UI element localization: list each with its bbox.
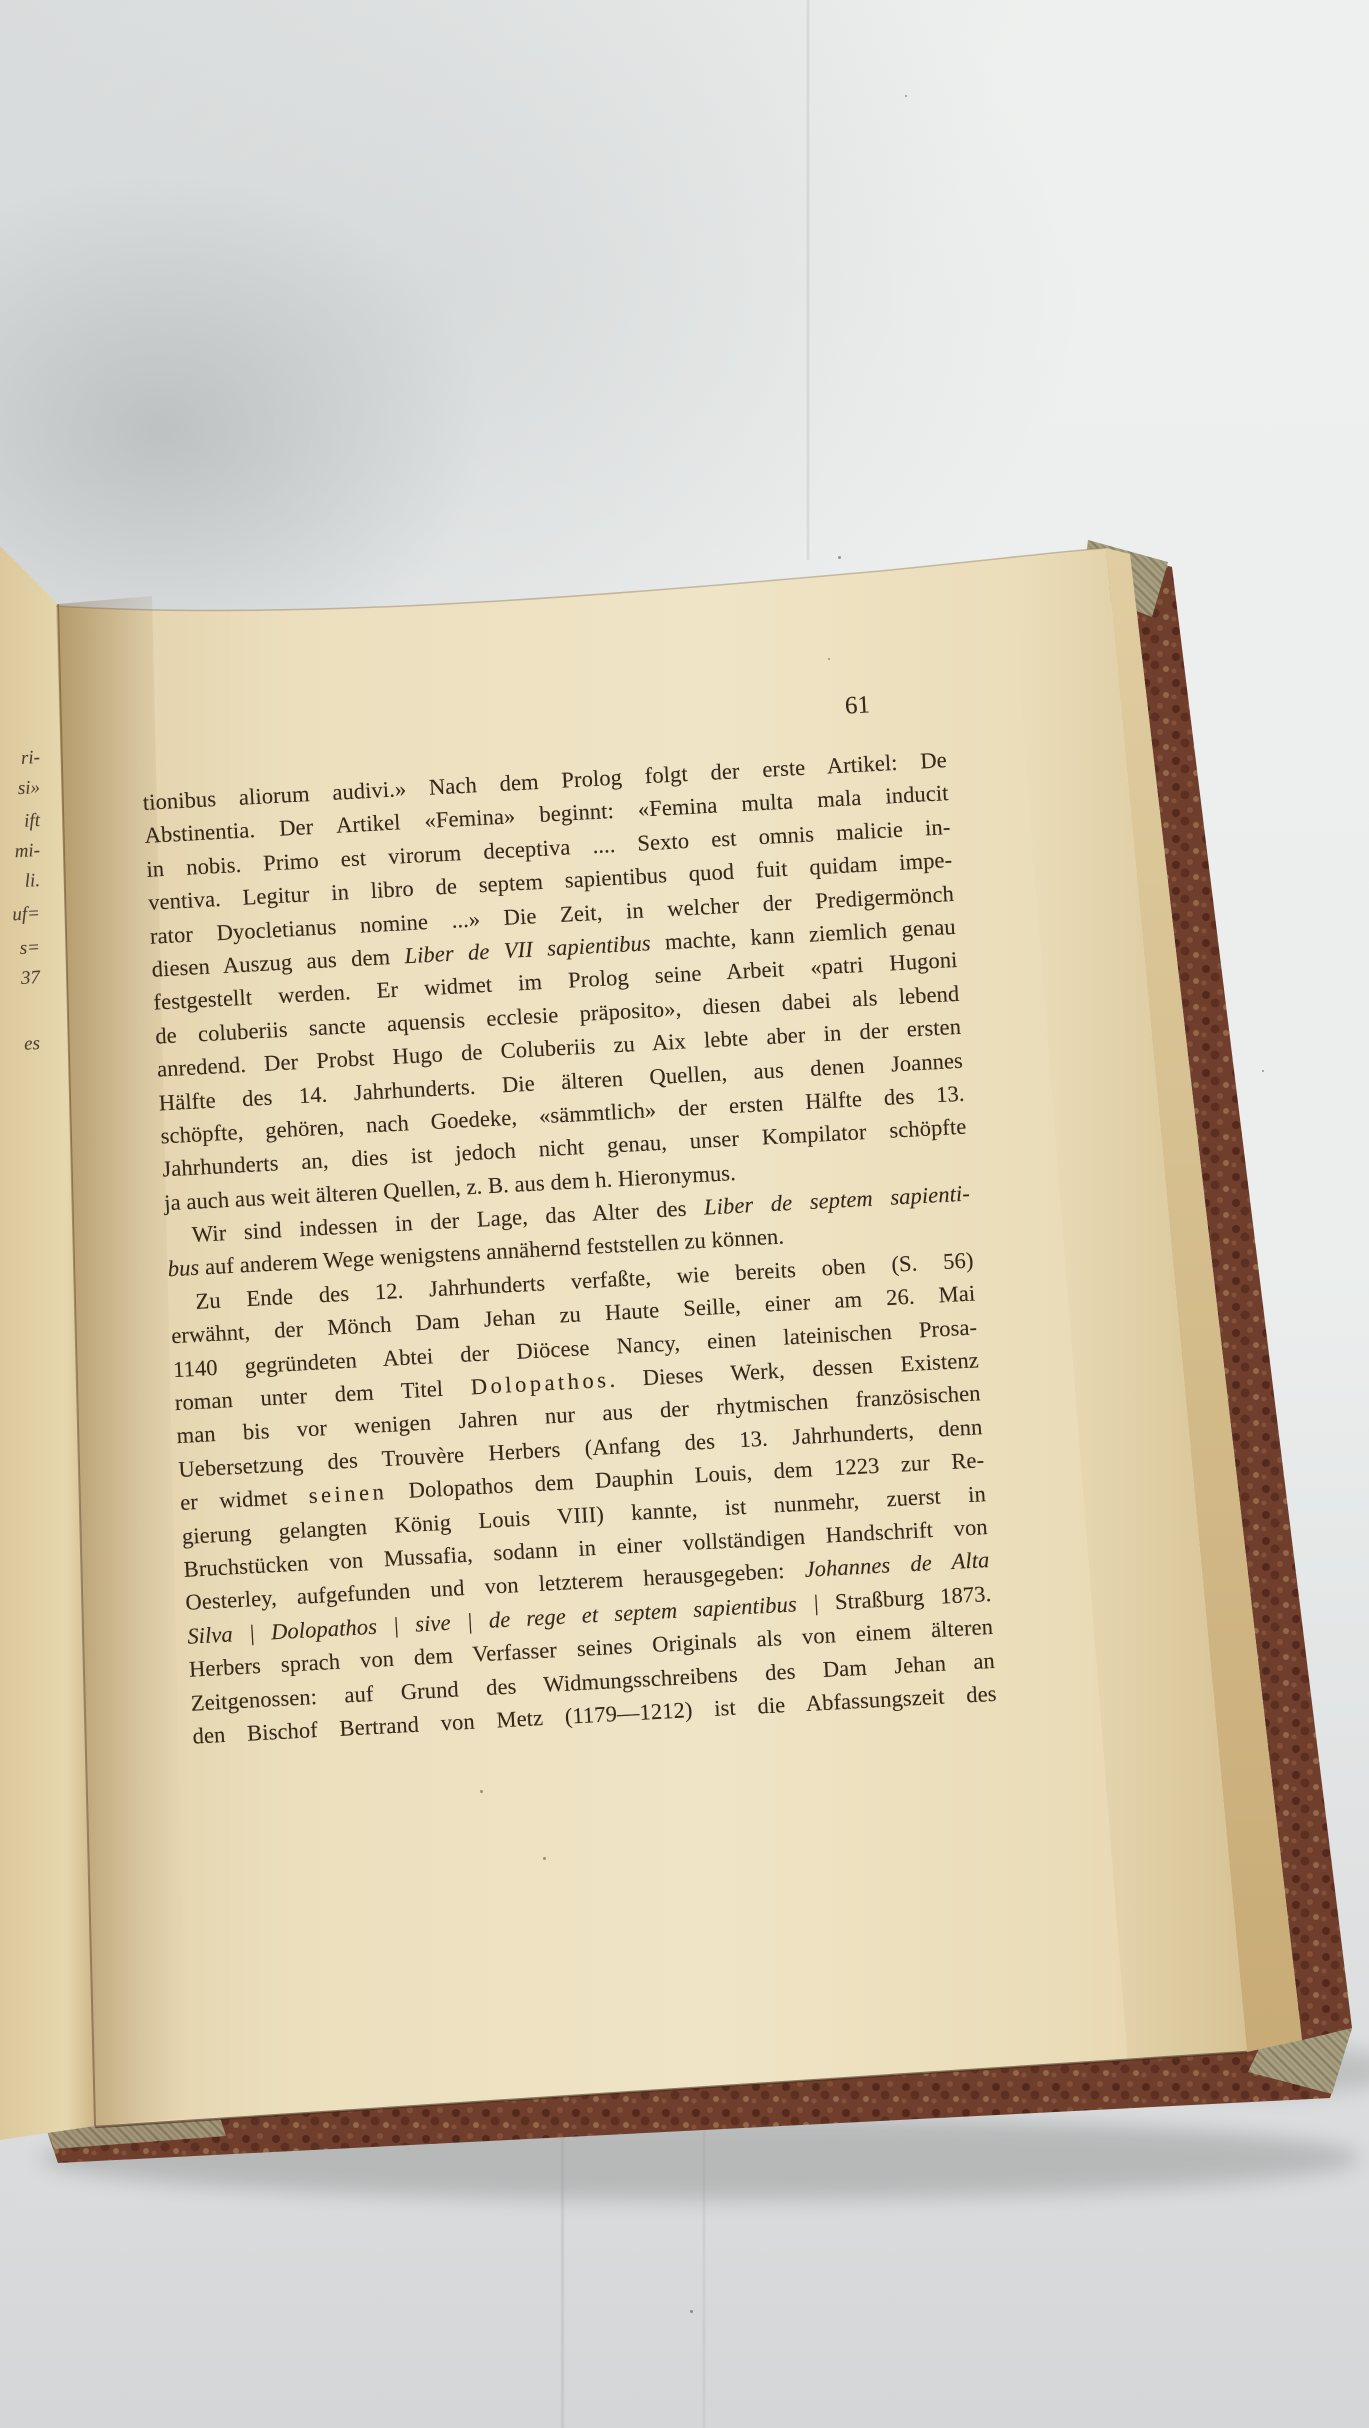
dust-speck [230,930,232,932]
dust-speck [1262,1070,1264,1072]
dust-speck [905,95,907,97]
dust-speck [838,556,841,559]
dust-speck [543,1857,546,1860]
left-page-line-fragment: ift [0,810,41,834]
left-page-line-fragment: li. [0,870,41,894]
left-page-line-fragment: uf= [0,903,41,927]
left-page-line-fragment: ri- [0,747,41,771]
left-page-line-fragment: s= [0,937,41,961]
left-page-line-fragment: mi- [0,840,41,864]
dust-speck [690,2310,693,2313]
page-text: tionibus aliorum audivi.» Nach dem Prolo… [142,743,997,1753]
dust-speck [480,1790,483,1793]
left-page-line-fragment: si» [0,777,41,801]
left-page-line-fragment: es [0,1033,41,1057]
book-photo: 61 tionibus aliorum audivi.» Nach dem Pr… [0,0,1369,2428]
page-number: 61 [844,691,870,720]
left-page-line-fragment: 37 [0,967,41,991]
dust-speck [828,658,830,660]
